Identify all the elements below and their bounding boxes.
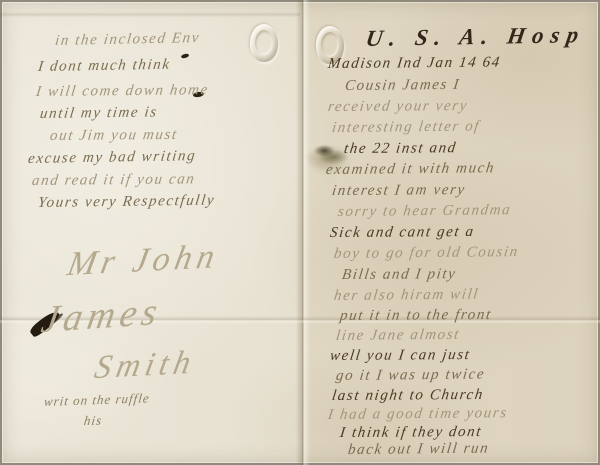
letter-line: sorry to hear Grandma [337, 202, 512, 221]
letter-line: I think if they dont [339, 424, 483, 442]
letter-line: out Jim you must [49, 127, 179, 145]
letter-line: excuse my bad writing [27, 148, 197, 168]
letter-line: back out I will run [347, 441, 490, 460]
letter-dateline: Madison Ind Jan 14 64 [327, 54, 502, 73]
letter-line: until my time is [39, 104, 159, 123]
letter-line: examined it with much [325, 160, 496, 179]
letter-line: I had a good time yours [327, 405, 509, 424]
letter-line: received your very [327, 98, 469, 116]
letter-line: interesting letter of [331, 118, 481, 137]
letter-line: the 22 inst and [343, 140, 458, 158]
signature-line: James [38, 289, 166, 342]
letter-line: Sick and cant get a [329, 224, 476, 242]
postscript-line: his [83, 413, 103, 429]
signature-line: Smith [91, 345, 198, 388]
center-fold-crease [296, 0, 310, 465]
letter-line: well you I can just [329, 347, 472, 365]
letter-line: Bills and I pity [341, 266, 458, 284]
letter-line: boy to go for old Cousin [333, 244, 520, 263]
letter-line: I will come down home [35, 82, 210, 101]
letter-line: last night to Church [331, 387, 485, 405]
letter-line: go it I was up twice [335, 366, 486, 385]
letter-line: her also hiram will [333, 286, 480, 305]
letter-line: in the inclosed Env [54, 30, 201, 50]
letter-line: Cousin James I [344, 77, 461, 95]
letter-heading: U. S. A. Hosp [364, 22, 587, 52]
top-crease [0, 12, 300, 17]
embossed-seal-left [250, 24, 278, 62]
letter-line: interest I am very [331, 182, 467, 200]
letter-line: I dont much think [37, 57, 172, 76]
letter-photo: in the inclosed Env I dont much think I … [0, 0, 600, 465]
letter-line: put it in to the front [339, 307, 493, 325]
letter-line: line Jane almost [335, 327, 461, 345]
letter-line: Yours very Respectfully [37, 193, 216, 213]
letter-line: and read it if you can [31, 171, 197, 190]
